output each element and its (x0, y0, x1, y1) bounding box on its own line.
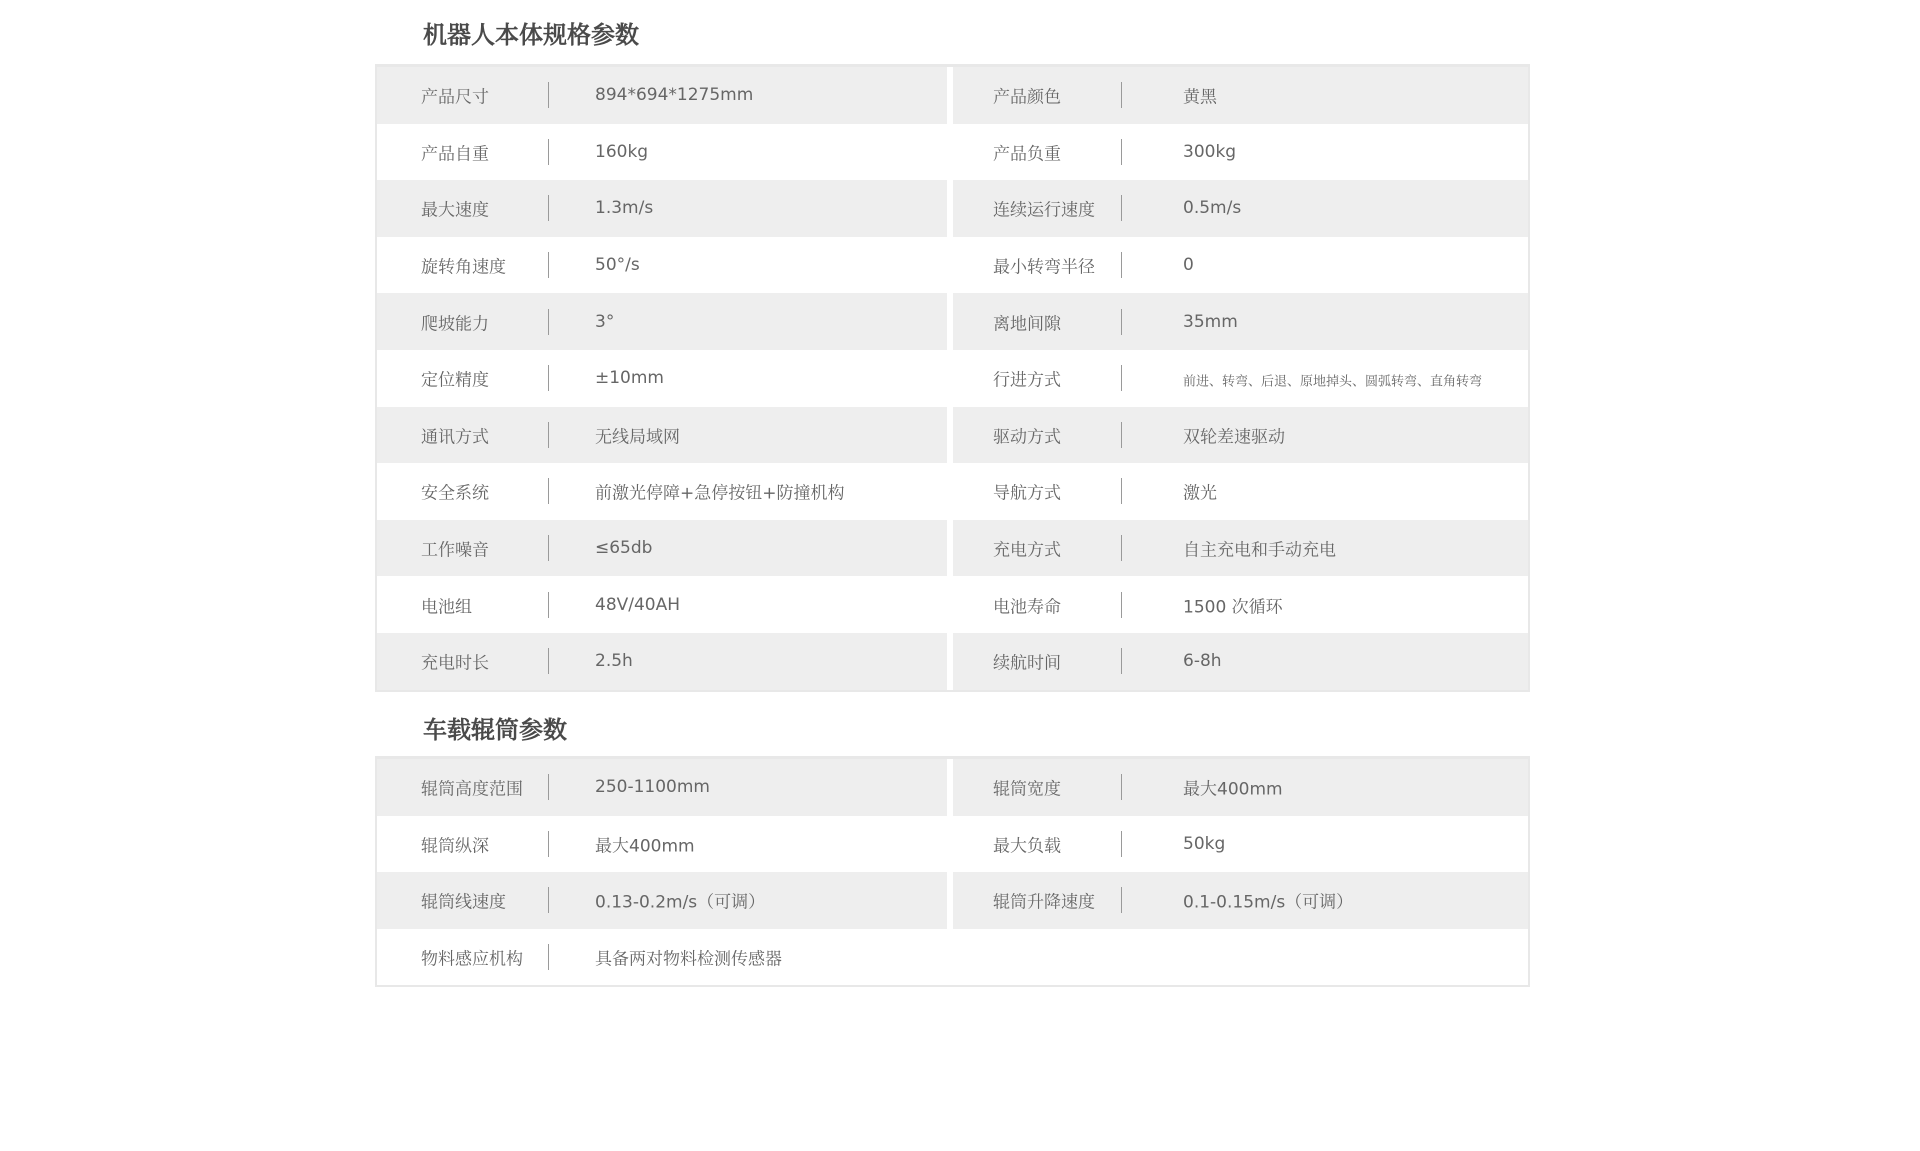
spec-cell: 电池寿命 1500 次循环 (953, 576, 1528, 633)
spec-label: 辊筒宽度 (993, 775, 1061, 800)
spec-value: 最大400mm (1183, 775, 1283, 800)
divider (1121, 535, 1122, 561)
spec-label: 离地间隙 (993, 309, 1061, 334)
spec-value: 1500 次循环 (1183, 592, 1283, 617)
spec-label: 导航方式 (993, 479, 1061, 504)
spec-value: 0.5m/s (1183, 198, 1241, 218)
table-row: 定位精度 ±10mm 行进方式 前进、转弯、后退、原地掉头、圆弧转弯、直角转弯 (377, 350, 1528, 407)
spec-value: 黄黑 (1183, 83, 1217, 108)
spec-value: 48V/40AH (595, 595, 680, 615)
spec-value: 2.5h (595, 651, 633, 671)
spec-value: 35mm (1183, 312, 1238, 332)
spec-label: 行进方式 (993, 366, 1061, 391)
table-row: 充电时长 2.5h 续航时间 6-8h (377, 633, 1528, 690)
robot-spec-table: 产品尺寸 894*694*1275mm 产品颜色 黄黑 产品自重 160kg 产… (375, 64, 1530, 692)
spec-label: 辊筒升降速度 (993, 888, 1095, 913)
spec-value: 0.1-0.15m/s（可调） (1183, 888, 1353, 913)
spec-cell: 产品尺寸 894*694*1275mm (377, 67, 947, 124)
spec-label: 安全系统 (421, 479, 489, 504)
spec-cell: 物料感应机构 具备两对物料检测传感器 (377, 929, 947, 986)
divider (548, 774, 549, 800)
spec-cell: 定位精度 ±10mm (377, 350, 947, 407)
spec-cell: 最大负载 50kg (953, 816, 1528, 873)
divider (1121, 887, 1122, 913)
spec-value: 无线局域网 (595, 422, 680, 447)
table-row: 通讯方式 无线局域网 驱动方式 双轮差速驱动 (377, 407, 1528, 464)
divider (548, 944, 549, 970)
table-row: 物料感应机构 具备两对物料检测传感器 (377, 929, 1528, 986)
divider (548, 82, 549, 108)
table-row: 最大速度 1.3m/s 连续运行速度 0.5m/s (377, 180, 1528, 237)
spec-value: 6-8h (1183, 651, 1222, 671)
spec-cell: 爬坡能力 3° (377, 293, 947, 350)
spec-label: 连续运行速度 (993, 196, 1095, 221)
spec-value: 前激光停障+急停按钮+防撞机构 (595, 479, 845, 504)
spec-cell: 辊筒高度范围 250-1100mm (377, 759, 947, 816)
spec-value: 3° (595, 312, 614, 332)
divider (1121, 774, 1122, 800)
spec-value: 最大400mm (595, 831, 695, 856)
spec-cell: 最小转弯半径 0 (953, 237, 1528, 294)
spec-cell: 产品自重 160kg (377, 124, 947, 181)
spec-label: 辊筒纵深 (421, 831, 489, 856)
divider (1121, 422, 1122, 448)
spec-value: 0.13-0.2m/s（可调） (595, 888, 765, 913)
spec-cell: 驱动方式 双轮差速驱动 (953, 407, 1528, 464)
spec-label: 产品负重 (993, 139, 1061, 164)
divider (548, 309, 549, 335)
spec-label: 产品自重 (421, 139, 489, 164)
divider (1121, 831, 1122, 857)
spec-cell: 离地间隙 35mm (953, 293, 1528, 350)
spec-value: 具备两对物料检测传感器 (595, 945, 782, 970)
section-title-robot-specs: 机器人本体规格参数 (423, 20, 639, 50)
table-row: 辊筒线速度 0.13-0.2m/s（可调） 辊筒升降速度 0.1-0.15m/s… (377, 872, 1528, 929)
spec-value: 50kg (1183, 834, 1225, 854)
spec-cell: 旋转角速度 50°/s (377, 237, 947, 294)
table-row: 辊筒纵深 最大400mm 最大负载 50kg (377, 816, 1528, 873)
table-row: 工作噪音 ≤65db 充电方式 自主充电和手动充电 (377, 520, 1528, 577)
spec-cell: 续航时间 6-8h (953, 633, 1528, 690)
empty-cell (953, 929, 1528, 986)
spec-label: 通讯方式 (421, 422, 489, 447)
spec-cell: 充电方式 自主充电和手动充电 (953, 520, 1528, 577)
spec-cell: 辊筒宽度 最大400mm (953, 759, 1528, 816)
divider (1121, 195, 1122, 221)
spec-value: 1.3m/s (595, 198, 653, 218)
spec-label: 最小转弯半径 (993, 253, 1095, 278)
spec-value: 激光 (1183, 479, 1217, 504)
spec-label: 工作噪音 (421, 536, 489, 561)
spec-cell: 导航方式 激光 (953, 463, 1528, 520)
spec-value: 自主充电和手动充电 (1183, 536, 1336, 561)
divider (1121, 592, 1122, 618)
divider (1121, 82, 1122, 108)
spec-value: 0 (1183, 255, 1194, 275)
divider (548, 252, 549, 278)
spec-cell: 辊筒线速度 0.13-0.2m/s（可调） (377, 872, 947, 929)
spec-cell: 充电时长 2.5h (377, 633, 947, 690)
table-row: 旋转角速度 50°/s 最小转弯半径 0 (377, 237, 1528, 294)
spec-label: 爬坡能力 (421, 309, 489, 334)
divider (1121, 648, 1122, 674)
spec-label: 续航时间 (993, 649, 1061, 674)
spec-cell: 辊筒升降速度 0.1-0.15m/s（可调） (953, 872, 1528, 929)
spec-label: 辊筒线速度 (421, 888, 506, 913)
divider (1121, 309, 1122, 335)
spec-label: 最大速度 (421, 196, 489, 221)
spec-cell: 工作噪音 ≤65db (377, 520, 947, 577)
spec-value: 160kg (595, 142, 648, 162)
table-row: 产品自重 160kg 产品负重 300kg (377, 124, 1528, 181)
spec-label: 定位精度 (421, 366, 489, 391)
spec-cell: 安全系统 前激光停障+急停按钮+防撞机构 (377, 463, 947, 520)
divider (548, 478, 549, 504)
spec-cell: 电池组 48V/40AH (377, 576, 947, 633)
spec-label: 电池组 (421, 592, 472, 617)
table-row: 安全系统 前激光停障+急停按钮+防撞机构 导航方式 激光 (377, 463, 1528, 520)
divider (548, 139, 549, 165)
divider (548, 831, 549, 857)
spec-value: 双轮差速驱动 (1183, 422, 1285, 447)
spec-label: 充电方式 (993, 536, 1061, 561)
spec-label: 充电时长 (421, 649, 489, 674)
spec-cell: 行进方式 前进、转弯、后退、原地掉头、圆弧转弯、直角转弯 (953, 350, 1528, 407)
spec-value: 50°/s (595, 255, 640, 275)
spec-value: 前进、转弯、后退、原地掉头、圆弧转弯、直角转弯 (1183, 371, 1482, 390)
spec-value: 250-1100mm (595, 777, 710, 797)
spec-value: ≤65db (595, 538, 652, 558)
spec-cell: 最大速度 1.3m/s (377, 180, 947, 237)
spec-label: 产品尺寸 (421, 83, 489, 108)
divider (548, 365, 549, 391)
divider (548, 195, 549, 221)
spec-cell: 通讯方式 无线局域网 (377, 407, 947, 464)
table-row: 产品尺寸 894*694*1275mm 产品颜色 黄黑 (377, 67, 1528, 124)
spec-label: 物料感应机构 (421, 945, 523, 970)
divider (1121, 139, 1122, 165)
table-row: 辊筒高度范围 250-1100mm 辊筒宽度 最大400mm (377, 759, 1528, 816)
table-row: 爬坡能力 3° 离地间隙 35mm (377, 293, 1528, 350)
spec-label: 辊筒高度范围 (421, 775, 523, 800)
spec-cell: 产品颜色 黄黑 (953, 67, 1528, 124)
divider (548, 887, 549, 913)
spec-cell: 辊筒纵深 最大400mm (377, 816, 947, 873)
spec-value: ±10mm (595, 368, 664, 388)
roller-spec-table: 辊筒高度范围 250-1100mm 辊筒宽度 最大400mm 辊筒纵深 最大40… (375, 756, 1530, 987)
spec-cell: 产品负重 300kg (953, 124, 1528, 181)
divider (548, 648, 549, 674)
divider (1121, 252, 1122, 278)
spec-label: 电池寿命 (993, 592, 1061, 617)
section-title-roller-specs: 车载辊筒参数 (423, 715, 567, 745)
divider (548, 422, 549, 448)
spec-label: 最大负载 (993, 831, 1061, 856)
spec-label: 产品颜色 (993, 83, 1061, 108)
spec-value: 300kg (1183, 142, 1236, 162)
divider (1121, 365, 1122, 391)
divider (548, 535, 549, 561)
divider (1121, 478, 1122, 504)
spec-value: 894*694*1275mm (595, 85, 753, 105)
table-row: 电池组 48V/40AH 电池寿命 1500 次循环 (377, 576, 1528, 633)
spec-cell: 连续运行速度 0.5m/s (953, 180, 1528, 237)
divider (548, 592, 549, 618)
spec-label: 旋转角速度 (421, 253, 506, 278)
spec-label: 驱动方式 (993, 422, 1061, 447)
